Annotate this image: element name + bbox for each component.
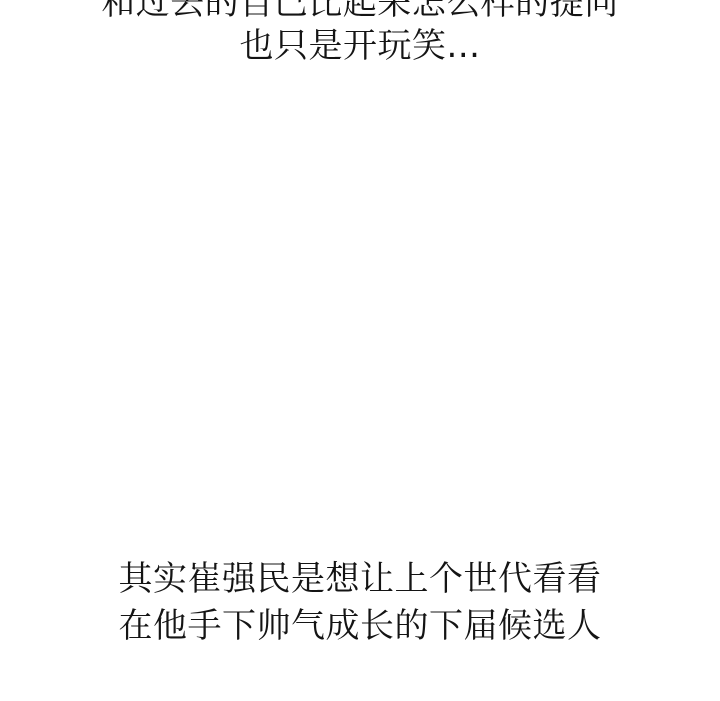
caption-line-3: 其实崔强民是想让上个世代看看 bbox=[0, 559, 720, 599]
caption-line-1: 和过去的自己比起来怎么样的提问 bbox=[0, 0, 720, 23]
caption-line-2: 也只是开玩笑... bbox=[0, 26, 720, 66]
comic-panel: 和过去的自己比起来怎么样的提问 也只是开玩笑... 其实崔强民是想让上个世代看看… bbox=[0, 0, 720, 701]
caption-line-4: 在他手下帅气成长的下届候选人 bbox=[0, 606, 720, 646]
